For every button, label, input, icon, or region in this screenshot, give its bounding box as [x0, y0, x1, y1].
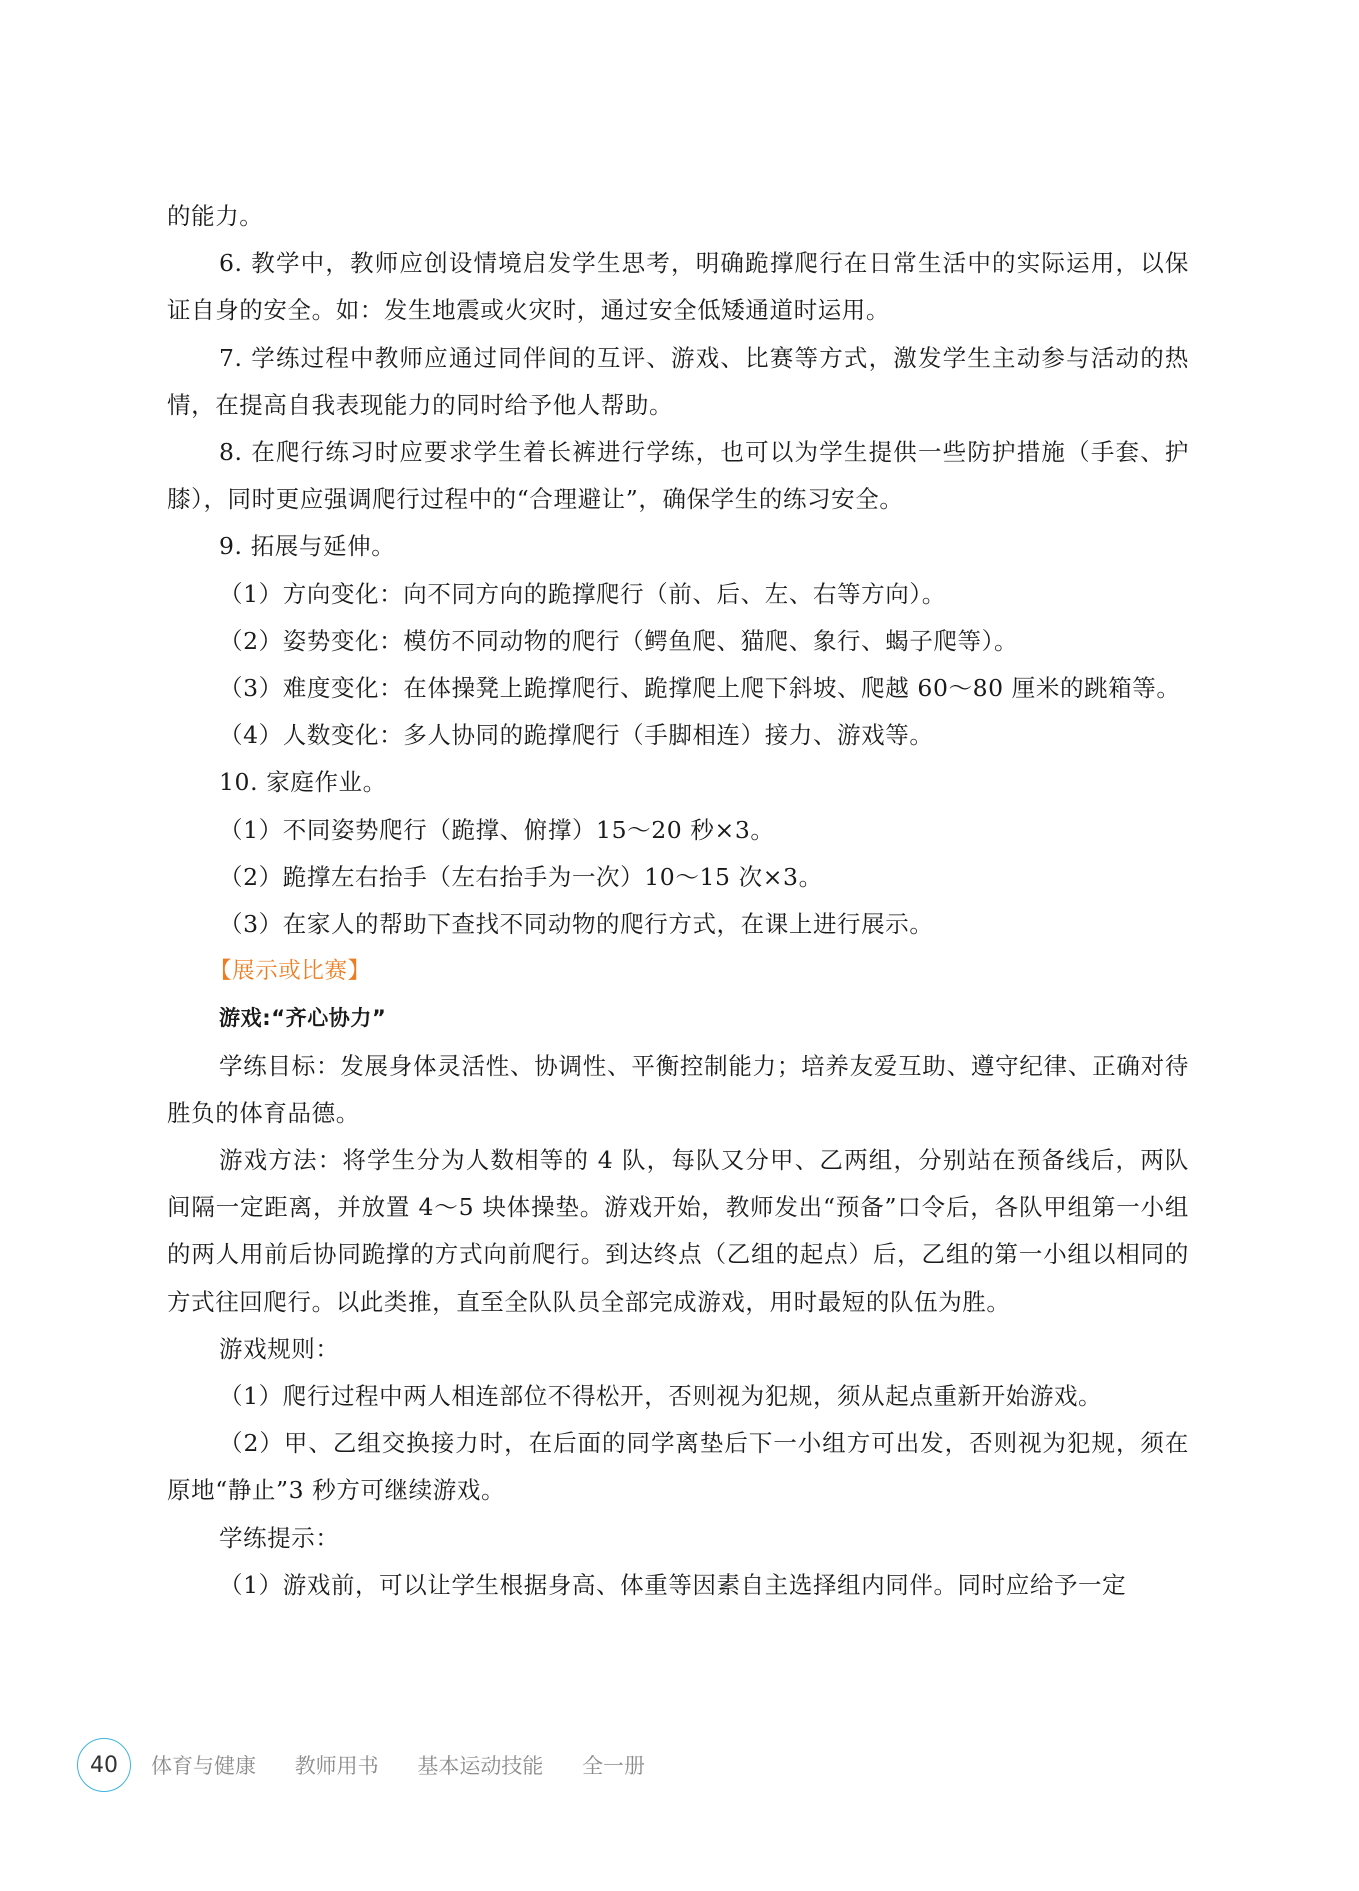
paragraph: 的能力。: [167, 193, 1189, 240]
game-title: 游戏:“齐心协力”: [167, 995, 1189, 1042]
game-goal: 学练目标：发展身体灵活性、协调性、平衡控制能力；培养友爱互助、遵守纪律、正确对待…: [167, 1043, 1189, 1137]
running-head: 体育与健康 教师用书 基本运动技能 全一册: [151, 1750, 665, 1780]
paragraph-item-7: 7. 学练过程中教师应通过同伴间的互评、游戏、比赛等方式，激发学生主动参与活动的…: [167, 335, 1189, 429]
game-rule-2: （2）甲、乙组交换接力时，在后面的同学离垫后下一小组方可出发，否则视为犯规，须在…: [167, 1420, 1189, 1514]
homework-item-1: （1）不同姿势爬行（跪撑、俯撑）15～20 秒×3。: [167, 807, 1189, 854]
page-footer: 40 体育与健康 教师用书 基本运动技能 全一册: [77, 1737, 665, 1793]
sub-item-number: （4）人数变化：多人协同的跪撑爬行（手脚相连）接力、游戏等。: [167, 712, 1189, 759]
sub-item-direction: （1）方向变化：向不同方向的跪撑爬行（前、后、左、右等方向）。: [167, 571, 1189, 618]
paragraph-item-8: 8. 在爬行练习时应要求学生着长裤进行学练，也可以为学生提供一些防护措施（手套、…: [167, 429, 1189, 523]
running-head-topic: 基本运动技能: [417, 1754, 543, 1778]
sub-item-difficulty: （3）难度变化：在体操凳上跪撑爬行、跪撑爬上爬下斜坡、爬越 60～80 厘米的跳…: [167, 665, 1189, 712]
page-number: 40: [90, 1753, 118, 1778]
paragraph-item-9: 9. 拓展与延伸。: [167, 523, 1189, 570]
sub-item-posture: （2）姿势变化：模仿不同动物的爬行（鳄鱼爬、猫爬、象行、蝎子爬等）。: [167, 618, 1189, 665]
homework-item-2: （2）跪撑左右抬手（左右抬手为一次）10～15 次×3。: [167, 854, 1189, 901]
game-rule-1: （1）爬行过程中两人相连部位不得松开，否则视为犯规，须从起点重新开始游戏。: [167, 1373, 1189, 1420]
tip-1: （1）游戏前，可以让学生根据身高、体重等因素自主选择组内同伴。同时应给予一定: [167, 1562, 1189, 1609]
page-body: 的能力。 6. 教学中，教师应创设情境启发学生思考，明确跪撑爬行在日常生活中的实…: [167, 193, 1189, 1609]
game-rules-label: 游戏规则：: [167, 1326, 1189, 1373]
section-heading: 【展示或比赛】: [167, 948, 1189, 995]
page-number-badge: 40: [77, 1738, 131, 1792]
running-head-book-type: 教师用书: [295, 1754, 379, 1778]
paragraph-item-6: 6. 教学中，教师应创设情境启发学生思考，明确跪撑爬行在日常生活中的实际运用，以…: [167, 240, 1189, 334]
paragraph-item-10: 10. 家庭作业。: [167, 759, 1189, 806]
tips-label: 学练提示：: [167, 1515, 1189, 1562]
running-head-subject: 体育与健康: [151, 1754, 256, 1778]
game-method: 游戏方法：将学生分为人数相等的 4 队，每队又分甲、乙两组，分别站在预备线后，两…: [167, 1137, 1189, 1326]
homework-item-3: （3）在家人的帮助下查找不同动物的爬行方式，在课上进行展示。: [167, 901, 1189, 948]
running-head-volume: 全一册: [582, 1754, 645, 1778]
